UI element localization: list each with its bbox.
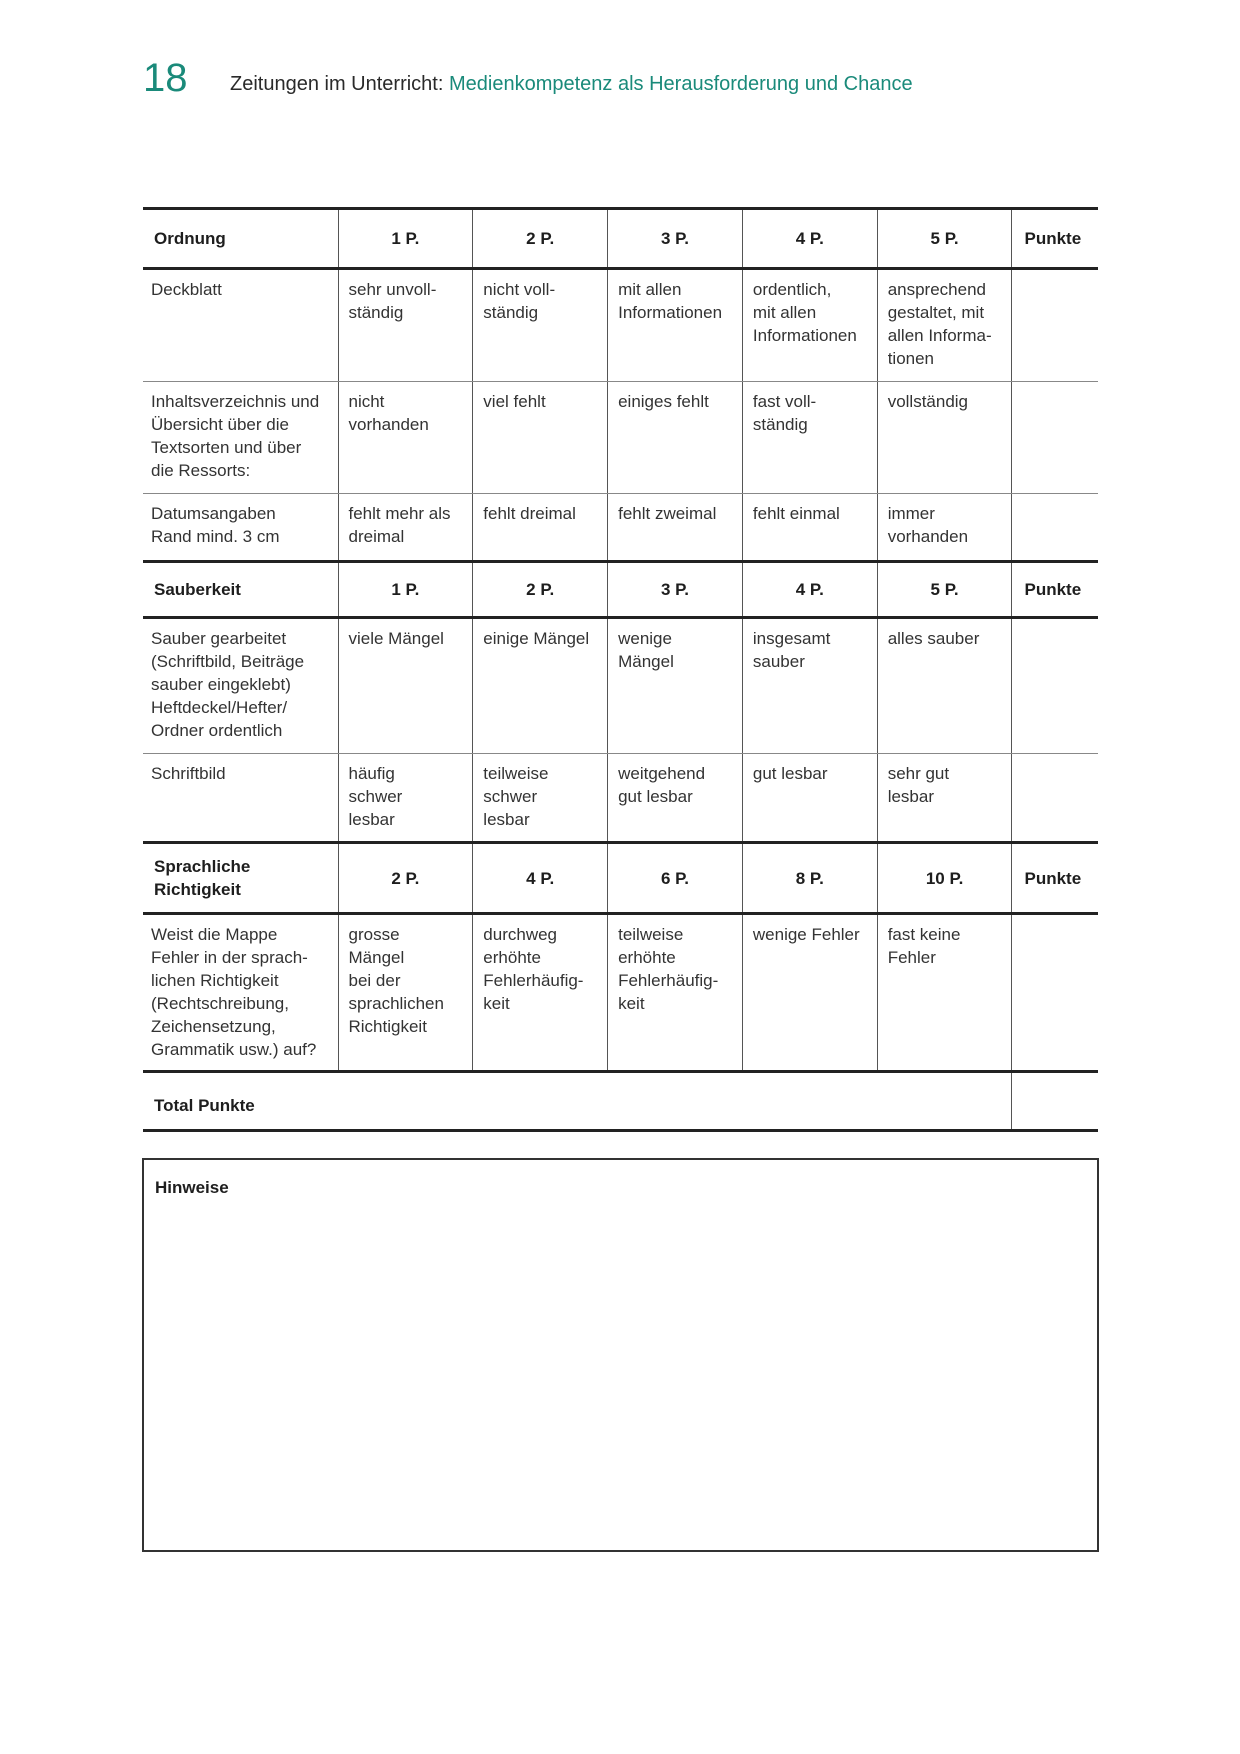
- level-description: fehlt einmal: [742, 494, 877, 562]
- notes-box[interactable]: Hinweise: [142, 1158, 1099, 1552]
- level-description: durchweg erhöhte Fehlerhäufig- keit: [473, 914, 608, 1072]
- level-description: fast keine Fehler: [877, 914, 1012, 1072]
- page-number: 18: [143, 58, 188, 98]
- table-row: Sauber gearbeitet (Schriftbild, Beiträge…: [143, 618, 1098, 754]
- table-row: Deckblatt sehr unvoll- ständig nicht vol…: [143, 269, 1098, 382]
- score-column-header: 5 P.: [877, 562, 1012, 618]
- score-column-header: 4 P.: [742, 209, 877, 269]
- level-description: sehr gut lesbar: [877, 754, 1012, 843]
- level-description: ordentlich, mit allen Informationen: [742, 269, 877, 382]
- level-description: vollständig: [877, 382, 1012, 494]
- total-label: Total Punkte: [143, 1072, 1012, 1131]
- level-description: fehlt dreimal: [473, 494, 608, 562]
- table-row: Inhaltsverzeichnis und Übersicht über di…: [143, 382, 1098, 494]
- level-description: immer vorhanden: [877, 494, 1012, 562]
- total-points-cell[interactable]: [1012, 1072, 1098, 1131]
- table-row: Schriftbild häufig schwer lesbar teilwei…: [143, 754, 1098, 843]
- points-column-header: Punkte: [1012, 843, 1098, 914]
- score-column-header: 3 P.: [608, 209, 743, 269]
- score-column-header: 6 P.: [608, 843, 743, 914]
- assessment-rubric-table: Ordnung 1 P. 2 P. 3 P. 4 P. 5 P. Punkte …: [143, 207, 1098, 1132]
- score-column-header: 2 P.: [473, 562, 608, 618]
- points-entry-cell[interactable]: [1012, 618, 1098, 754]
- section-title: Ordnung: [143, 209, 338, 269]
- level-description: fehlt mehr als dreimal: [338, 494, 473, 562]
- level-description: einiges fehlt: [608, 382, 743, 494]
- score-column-header: 2 P.: [338, 843, 473, 914]
- criterion-label: Weist die Mappe Fehler in der sprach- li…: [143, 914, 338, 1072]
- level-description: wenige Fehler: [742, 914, 877, 1072]
- points-column-header: Punkte: [1012, 562, 1098, 618]
- section-header-sauberkeit: Sauberkeit 1 P. 2 P. 3 P. 4 P. 5 P. Punk…: [143, 562, 1098, 618]
- level-description: grosse Mängel bei der sprachlichen Richt…: [338, 914, 473, 1072]
- score-column-header: 8 P.: [742, 843, 877, 914]
- running-title-accent: Medienkompetenz als Herausforderung und …: [449, 73, 913, 95]
- level-description: ansprechend gestaltet, mit allen Informa…: [877, 269, 1012, 382]
- score-column-header: 3 P.: [608, 562, 743, 618]
- level-description: viel fehlt: [473, 382, 608, 494]
- score-column-header: 1 P.: [338, 562, 473, 618]
- level-description: fast voll- ständig: [742, 382, 877, 494]
- level-description: nicht voll- ständig: [473, 269, 608, 382]
- points-entry-cell[interactable]: [1012, 914, 1098, 1072]
- points-column-header: Punkte: [1012, 209, 1098, 269]
- level-description: insgesamt sauber: [742, 618, 877, 754]
- score-column-header: 1 P.: [338, 209, 473, 269]
- level-description: wenige Mängel: [608, 618, 743, 754]
- score-column-header: 2 P.: [473, 209, 608, 269]
- notes-title: Hinweise: [155, 1178, 229, 1198]
- level-description: einige Mängel: [473, 618, 608, 754]
- section-header-ordnung: Ordnung 1 P. 2 P. 3 P. 4 P. 5 P. Punkte: [143, 209, 1098, 269]
- points-entry-cell[interactable]: [1012, 494, 1098, 562]
- level-description: nicht vorhanden: [338, 382, 473, 494]
- level-description: alles sauber: [877, 618, 1012, 754]
- score-column-header: 5 P.: [877, 209, 1012, 269]
- criterion-label: Sauber gearbeitet (Schriftbild, Beiträge…: [143, 618, 338, 754]
- criterion-label: Datumsangaben Rand mind. 3 cm: [143, 494, 338, 562]
- criterion-label: Schriftbild: [143, 754, 338, 843]
- level-description: weitgehend gut lesbar: [608, 754, 743, 843]
- section-title: Sauberkeit: [143, 562, 338, 618]
- running-title-prefix: Zeitungen im Unterricht:: [230, 73, 449, 95]
- table-row: Datumsangaben Rand mind. 3 cm fehlt mehr…: [143, 494, 1098, 562]
- criterion-label: Deckblatt: [143, 269, 338, 382]
- level-description: gut lesbar: [742, 754, 877, 843]
- total-row: Total Punkte: [143, 1072, 1098, 1131]
- score-column-header: 4 P.: [473, 843, 608, 914]
- points-entry-cell[interactable]: [1012, 382, 1098, 494]
- points-entry-cell[interactable]: [1012, 754, 1098, 843]
- running-title: Zeitungen im Unterricht: Medienkompetenz…: [230, 74, 913, 94]
- section-title: Sprachliche Richtigkeit: [143, 843, 338, 914]
- level-description: teilweise erhöhte Fehlerhäufig- keit: [608, 914, 743, 1072]
- section-header-sprachliche-richtigkeit: Sprachliche Richtigkeit 2 P. 4 P. 6 P. 8…: [143, 843, 1098, 914]
- level-description: sehr unvoll- ständig: [338, 269, 473, 382]
- score-column-header: 4 P.: [742, 562, 877, 618]
- points-entry-cell[interactable]: [1012, 269, 1098, 382]
- level-description: viele Mängel: [338, 618, 473, 754]
- table-row: Weist die Mappe Fehler in der sprach- li…: [143, 914, 1098, 1072]
- level-description: teilweise schwer lesbar: [473, 754, 608, 843]
- level-description: fehlt zweimal: [608, 494, 743, 562]
- level-description: häufig schwer lesbar: [338, 754, 473, 843]
- criterion-label: Inhaltsverzeichnis und Übersicht über di…: [143, 382, 338, 494]
- level-description: mit allen Informationen: [608, 269, 743, 382]
- score-column-header: 10 P.: [877, 843, 1012, 914]
